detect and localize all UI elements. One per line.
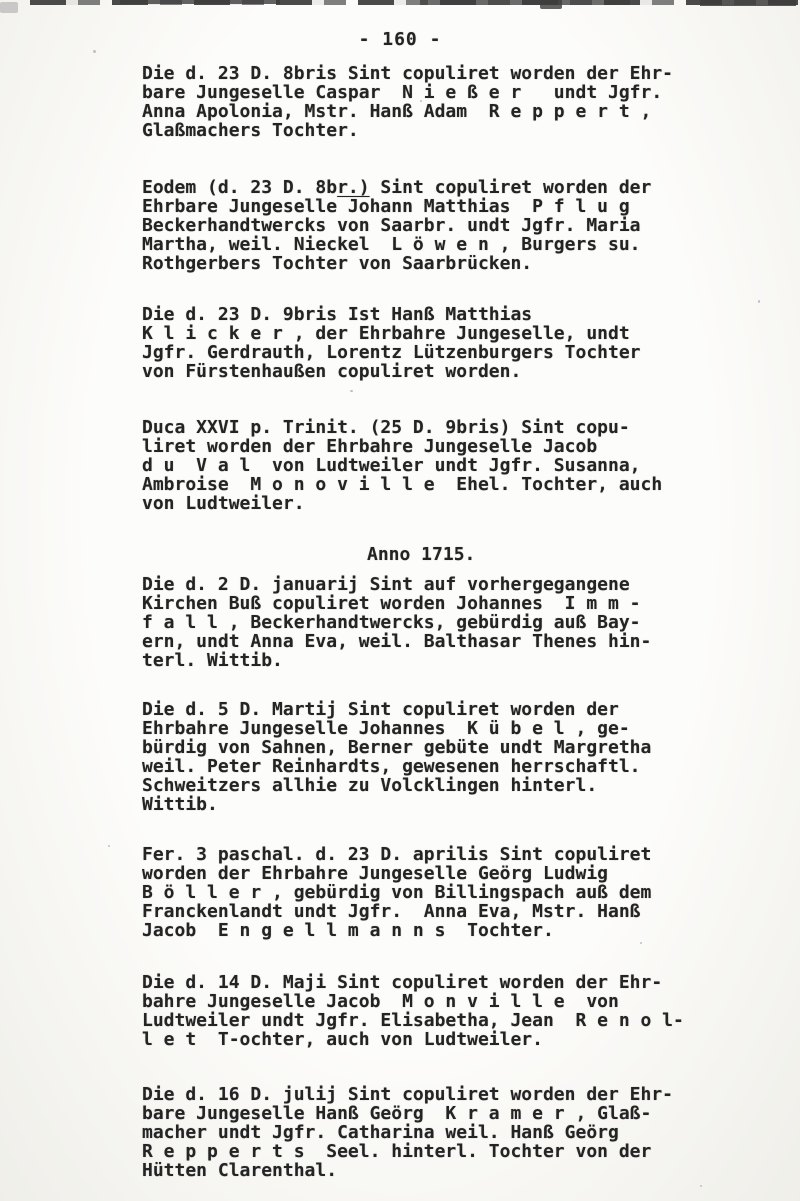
text-line: liret worden der Ehrbahre Jungeselle Jac… [142,437,782,456]
text-line: Jacob E n g e l l m a n n s Tochter. [142,921,782,940]
text-line: R e p p e r t s Seel. hinterl. Tochter v… [142,1142,782,1161]
text-line: Die d. 14 D. Maji Sint copuliret worden … [142,973,782,992]
scan-speck [108,845,110,847]
text-line: bürdig von Sahnen, Berner gebüte undt Ma… [142,738,782,757]
record-paragraph: Die d. 23 D. 8bris Sint copuliret worden… [142,64,782,140]
record-paragraph: Fer. 3 paschal. d. 23 D. aprilis Sint co… [142,845,782,940]
text-line: von Fürstenhaußen copuliret worden. [142,362,782,381]
text-line: Ehrbahre Jungeselle Johannes K ü b e l ,… [142,719,782,738]
text-line: Glaßmachers Tochter. [142,121,782,140]
scan-corner-smudge [0,2,18,13]
text-line: Ambroise M o n o v i l l e Ehel. Tochter… [142,475,782,494]
text-line: Franckenlandt undt Jgfr. Anna Eva, Mstr.… [142,902,782,921]
text-line: B ö l l e r , gebürdig von Billingspach … [142,883,782,902]
text-line: Jgfr. Gerdrauth, Lorentz Lützenburgers T… [142,343,782,362]
text-line: Rothgerbers Tochter von Saarbrücken. [142,254,782,273]
text-line: Wittib. [142,795,782,814]
text-line: Fer. 3 paschal. d. 23 D. aprilis Sint co… [142,845,782,864]
text-line: Kirchen Buß copuliret worden Johannes I … [142,594,782,613]
text-line: bare Jungeselle Hanß Geörg K r a m e r ,… [142,1104,782,1123]
text-line: K l i c k e r , der Ehrbahre Jungeselle,… [142,324,782,343]
page-body: Die d. 23 D. 8bris Sint copuliret worden… [142,64,782,1180]
text-segment: Sint copuliret worden der [370,177,652,198]
text-line: Eodem (d. 23 D. 8br.) Sint copuliret wor… [142,178,782,197]
scan-edge-artifact [120,0,280,4]
record-paragraph: Duca XXVI p. Trinit. (25 D. 9bris) Sint … [142,418,782,513]
text-line: l e t T-ochter, auch von Ludtweiler. [142,1030,782,1049]
text-segment: Eodem (d. 23 D. 8b [142,177,337,198]
text-line: Die d. 23 D. 9bris Ist Hanß Matthias [142,305,782,324]
scan-edge-artifact [420,0,630,5]
text-line: Die d. 16 D. julij Sint copuliret worden… [142,1085,782,1104]
record-paragraph: Die d. 23 D. 9bris Ist Hanß MatthiasK l … [142,305,782,381]
text-line: f a l l , Beckerhandtwercks, gebürdig au… [142,613,782,632]
text-line: Martha, weil. Nieckel L ö w e n , Burger… [142,235,782,254]
text-line: d u V a l von Ludtweiler undt Jgfr. Susa… [142,456,782,475]
record-paragraph: Die d. 5 D. Martij Sint copuliret worden… [142,700,782,814]
underlined-text-segment: r.) [337,177,370,198]
text-line: Anno 1715. [367,545,782,564]
record-paragraph: Die d. 14 D. Maji Sint copuliret worden … [142,973,782,1049]
text-line: Schweitzers allhie zu Volcklingen hinter… [142,776,782,795]
page-number: - 160 - [0,30,800,50]
text-line: ern, undt Anna Eva, weil. Balthasar Then… [142,632,782,651]
scan-edge-artifact [540,0,562,9]
text-line: Anna Apolonia, Mstr. Hanß Adam R e p p e… [142,102,782,121]
text-line: Die d. 5 D. Martij Sint copuliret worden… [142,700,782,719]
text-line: terl. Wittib. [142,651,782,670]
text-line: Ludtweiler undt Jgfr. Elisabetha, Jean R… [142,1011,782,1030]
text-line: Hütten Clarenthal. [142,1161,782,1180]
text-line: Ehrbare Jungeselle Johann Matthias P f l… [142,197,782,216]
text-line: macher undt Jgfr. Catharina weil. Hanß G… [142,1123,782,1142]
year-heading: Anno 1715. [367,545,782,564]
record-paragraph: Die d. 2 D. januarij Sint auf vorhergega… [142,575,782,670]
scanned-page: - 160 - Die d. 23 D. 8bris Sint copulire… [0,0,800,1201]
text-line: Duca XXVI p. Trinit. (25 D. 9bris) Sint … [142,418,782,437]
scan-edge-artifact [700,0,796,6]
text-line: Die d. 2 D. januarij Sint auf vorhergega… [142,575,782,594]
text-line: von Ludtweiler. [142,494,782,513]
text-line: bare Jungeselle Caspar N i e ß e r undt … [142,83,782,102]
record-paragraph: Die d. 16 D. julij Sint copuliret worden… [142,1085,782,1180]
record-paragraph: Eodem (d. 23 D. 8br.) Sint copuliret wor… [142,178,782,273]
text-line: bahre Jungeselle Jacob M o n v i l l e v… [142,992,782,1011]
text-line: Beckerhandtwercks von Saarbr. undt Jgfr.… [142,216,782,235]
scan-speck [700,1185,702,1187]
text-line: weil. Peter Reinhardts, gewesenen herrsc… [142,757,782,776]
scan-speck [93,50,96,53]
text-line: worden der Ehrbahre Jungeselle Geörg Lud… [142,864,782,883]
text-line: Die d. 23 D. 8bris Sint copuliret worden… [142,64,782,83]
